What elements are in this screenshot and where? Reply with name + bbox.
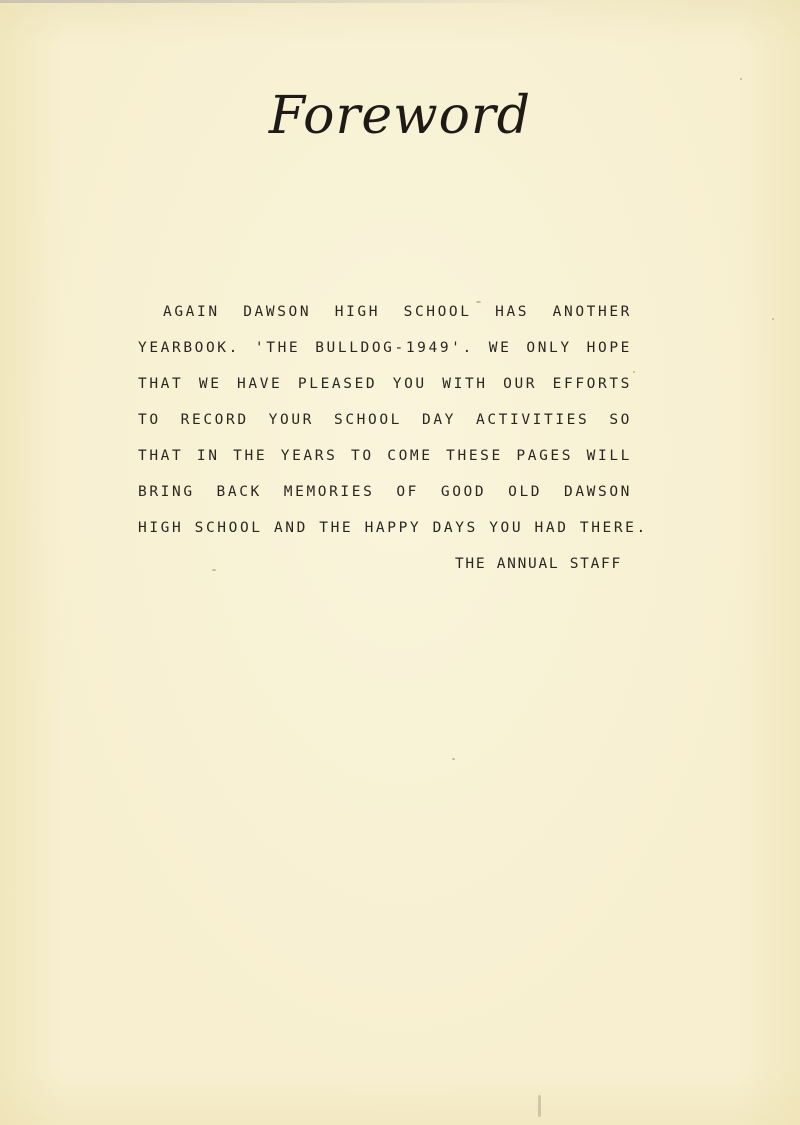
paragraph-line: HIGH SCHOOL AND THE HAPPY DAYS YOU HAD T… <box>138 516 632 552</box>
paragraph-line: THAT WE HAVE PLEASED YOU WITH OUR EFFORT… <box>138 372 632 408</box>
signature: THE ANNUAL STAFF <box>455 556 622 572</box>
foreword-paragraph: AGAIN DAWSON HIGH SCHOOL HAS ANOTHER YEA… <box>138 300 632 552</box>
paper-speck <box>538 1095 541 1117</box>
paragraph-line: BRING BACK MEMORIES OF GOOD OLD DAWSON <box>138 480 632 516</box>
page-title: Foreword <box>0 86 800 146</box>
paragraph-line: THAT IN THE YEARS TO COME THESE PAGES WI… <box>138 444 632 480</box>
paper-speck <box>740 78 742 80</box>
paper-speck <box>452 758 455 760</box>
paper-speck <box>772 318 774 320</box>
paper-speck <box>212 569 216 571</box>
paper-speck <box>476 301 481 303</box>
paragraph-line: AGAIN DAWSON HIGH SCHOOL HAS ANOTHER <box>138 300 632 336</box>
paragraph-line: YEARBOOK. 'THE BULLDOG-1949'. WE ONLY HO… <box>138 336 632 372</box>
paper-speck <box>633 371 635 373</box>
paragraph-line: TO RECORD YOUR SCHOOL DAY ACTIVITIES SO <box>138 408 632 444</box>
scan-top-edge <box>0 0 800 3</box>
